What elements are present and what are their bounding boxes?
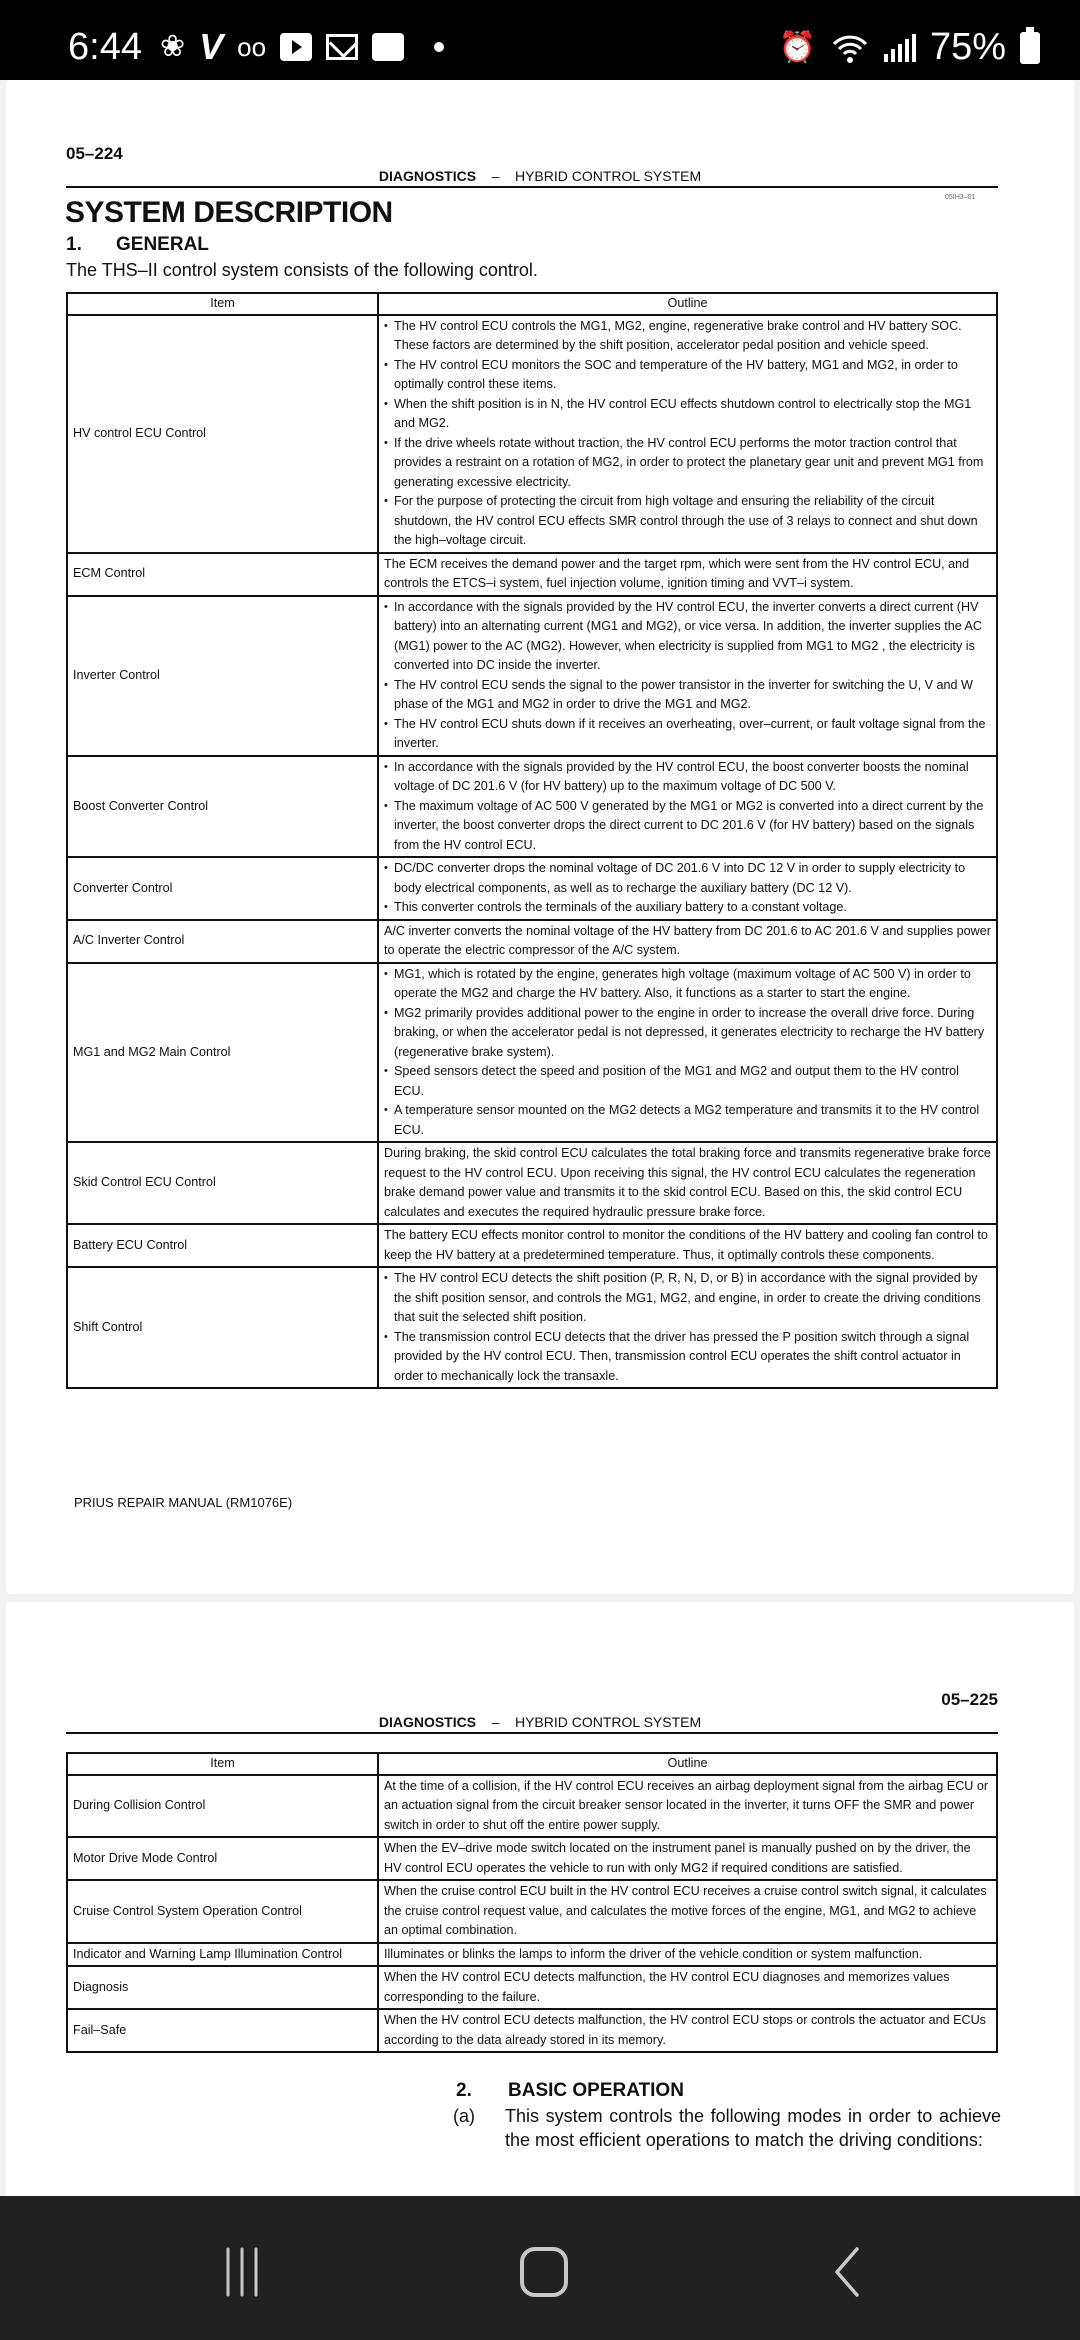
header-section: DIAGNOSTICS xyxy=(379,168,476,184)
section-title: BASIC OPERATION xyxy=(508,2080,684,2101)
header-rule xyxy=(66,1732,998,1734)
table-row: Skid Control ECU ControlDuring braking, … xyxy=(67,1142,997,1224)
row-item-label: Diagnosis xyxy=(67,1966,378,2009)
section-title: GENERAL xyxy=(116,234,209,255)
recent-apps-icon xyxy=(222,2247,262,2297)
row-outline: The HV control ECU detects the shift pos… xyxy=(378,1267,997,1388)
table-row: Motor Drive Mode ControlWhen the EV–driv… xyxy=(67,1837,997,1880)
row-outline: When the HV control ECU detects malfunct… xyxy=(378,1966,997,2009)
navigation-bar xyxy=(0,2196,1080,2340)
header-section: DIAGNOSTICS xyxy=(379,1714,476,1730)
document-page-2[interactable]: 05–225 DIAGNOSTICS – HYBRID CONTROL SYST… xyxy=(6,1602,1074,2202)
table-row: HV control ECU ControlThe HV control ECU… xyxy=(67,315,997,553)
row-item-label: Motor Drive Mode Control xyxy=(67,1837,378,1880)
table-row: Cruise Control System Operation ControlW… xyxy=(67,1880,997,1943)
row-item-label: ECM Control xyxy=(67,553,378,596)
outline-bullet: In accordance with the signals provided … xyxy=(384,598,991,676)
outline-bullet: If the drive wheels rotate without tract… xyxy=(384,434,991,493)
page-number: 05–224 xyxy=(66,144,123,164)
header-separator: – xyxy=(492,168,500,184)
manual-footer: PRIUS REPAIR MANUAL (RM1076E) xyxy=(74,1495,292,1510)
outline-bullet: In accordance with the signals provided … xyxy=(384,758,991,797)
signal-icon xyxy=(884,34,916,62)
intro-text: The THS–II control system consists of th… xyxy=(66,260,538,281)
row-item-label: Converter Control xyxy=(67,857,378,920)
status-bar: 6:44 ❀ V oo ⏰ 75% xyxy=(0,0,1080,80)
gallery-icon xyxy=(372,33,404,61)
control-table-continued: Item Outline During Collision ControlAt … xyxy=(66,1752,998,2053)
notification-icons: ❀ V oo xyxy=(160,30,444,64)
mail-icon xyxy=(326,34,358,60)
more-dot-icon xyxy=(434,42,444,52)
row-item-label: MG1 and MG2 Main Control xyxy=(67,963,378,1143)
row-outline: The battery ECU effects monitor control … xyxy=(378,1224,997,1267)
system-control-table: Item Outline HV control ECU ControlThe H… xyxy=(66,292,998,1389)
column-header-outline: Outline xyxy=(378,293,997,315)
table-row: DiagnosisWhen the HV control ECU detects… xyxy=(67,1966,997,2009)
alarm-icon: ⏰ xyxy=(779,31,816,65)
paragraph-a: (a) This system controls the following m… xyxy=(453,2104,1001,2152)
row-item-label: During Collision Control xyxy=(67,1775,378,1838)
row-item-label: HV control ECU Control xyxy=(67,315,378,553)
page-number: 05–225 xyxy=(941,1690,998,1710)
section-number: 2. xyxy=(456,2080,508,2102)
row-item-label: Fail–Safe xyxy=(67,2009,378,2052)
row-outline: During braking, the skid control ECU cal… xyxy=(378,1142,997,1224)
header-system: HYBRID CONTROL SYSTEM xyxy=(515,1714,701,1730)
row-outline: When the HV control ECU detects malfunct… xyxy=(378,2009,997,2052)
row-item-label: Shift Control xyxy=(67,1267,378,1388)
section-heading: 1.GENERAL xyxy=(66,234,209,256)
header-rule xyxy=(66,186,998,188)
table-row: A/C Inverter ControlA/C inverter convert… xyxy=(67,920,997,963)
back-icon xyxy=(831,2246,861,2298)
table-row: MG1 and MG2 Main ControlMG1, which is ro… xyxy=(67,963,997,1143)
column-header-outline: Outline xyxy=(378,1753,997,1775)
home-button[interactable] xyxy=(514,2244,574,2300)
table-row: Inverter ControlIn accordance with the s… xyxy=(67,596,997,756)
running-header: DIAGNOSTICS – HYBRID CONTROL SYSTEM xyxy=(6,168,1074,184)
outline-bullet: MG2 primarily provides additional power … xyxy=(384,1004,991,1063)
section-heading: 2.BASIC OPERATION xyxy=(453,2080,1001,2102)
outline-bullet: Speed sensors detect the speed and posit… xyxy=(384,1062,991,1101)
row-outline: MG1, which is rotated by the engine, gen… xyxy=(378,963,997,1143)
outline-bullet: When the shift position is in N, the HV … xyxy=(384,395,991,434)
running-header: DIAGNOSTICS – HYBRID CONTROL SYSTEM xyxy=(6,1714,1074,1730)
column-header-item: Item xyxy=(67,1753,378,1775)
wifi-icon xyxy=(830,32,870,64)
row-item-label: Inverter Control xyxy=(67,596,378,756)
column-header-item: Item xyxy=(67,293,378,315)
outline-bullet: The HV control ECU sends the signal to t… xyxy=(384,676,991,715)
row-item-label: A/C Inverter Control xyxy=(67,920,378,963)
row-item-label: Battery ECU Control xyxy=(67,1224,378,1267)
clock: 6:44 xyxy=(68,26,142,69)
row-item-label: Indicator and Warning Lamp Illumination … xyxy=(67,1943,378,1967)
table-row: Boost Converter ControlIn accordance wit… xyxy=(67,756,997,858)
verizon-v-icon: V xyxy=(199,30,223,64)
youtube-icon xyxy=(280,33,312,61)
battery-percent: 75% xyxy=(930,26,1006,69)
row-outline: Illuminates or blinks the lamps to infor… xyxy=(378,1943,997,1967)
row-outline: DC/DC converter drops the nominal voltag… xyxy=(378,857,997,920)
row-item-label: Boost Converter Control xyxy=(67,756,378,858)
row-item-label: Skid Control ECU Control xyxy=(67,1142,378,1224)
table-row: Fail–SafeWhen the HV control ECU detects… xyxy=(67,2009,997,2052)
table-row: Battery ECU ControlThe battery ECU effec… xyxy=(67,1224,997,1267)
row-outline: A/C inverter converts the nominal voltag… xyxy=(378,920,997,963)
header-system: HYBRID CONTROL SYSTEM xyxy=(515,168,701,184)
network-share-icon: ❀ xyxy=(160,30,185,64)
table-row: ECM ControlThe ECM receives the demand p… xyxy=(67,553,997,596)
row-outline: In accordance with the signals provided … xyxy=(378,756,997,858)
outline-bullet: The maximum voltage of AC 500 V generate… xyxy=(384,797,991,856)
paragraph-label: (a) xyxy=(453,2104,505,2152)
row-outline: When the EV–drive mode switch located on… xyxy=(378,1837,997,1880)
outline-bullet: This converter controls the terminals of… xyxy=(384,898,991,918)
outline-bullet: DC/DC converter drops the nominal voltag… xyxy=(384,859,991,898)
outline-bullet: The HV control ECU monitors the SOC and … xyxy=(384,356,991,395)
row-outline: The HV control ECU controls the MG1, MG2… xyxy=(378,315,997,553)
battery-icon xyxy=(1020,32,1040,64)
row-outline: When the cruise control ECU built in the… xyxy=(378,1880,997,1943)
table-row: Shift ControlThe HV control ECU detects … xyxy=(67,1267,997,1388)
outline-bullet: The HV control ECU controls the MG1, MG2… xyxy=(384,317,991,356)
table-row: Converter ControlDC/DC converter drops t… xyxy=(67,857,997,920)
outline-bullet: MG1, which is rotated by the engine, gen… xyxy=(384,965,991,1004)
doc-id: 05IH3–01 xyxy=(945,194,975,201)
page-title: SYSTEM DESCRIPTION xyxy=(65,196,393,230)
row-outline: At the time of a collision, if the HV co… xyxy=(378,1775,997,1838)
system-icons: ⏰ 75% xyxy=(779,26,1040,69)
voicemail-icon: oo xyxy=(237,30,266,64)
paragraph-text: This system controls the following modes… xyxy=(505,2104,1001,2152)
home-icon xyxy=(519,2246,569,2298)
outline-bullet: A temperature sensor mounted on the MG2 … xyxy=(384,1101,991,1140)
table-row: During Collision ControlAt the time of a… xyxy=(67,1775,997,1838)
document-page-1[interactable]: 05–224 DIAGNOSTICS – HYBRID CONTROL SYST… xyxy=(6,80,1074,1594)
row-item-label: Cruise Control System Operation Control xyxy=(67,1880,378,1943)
back-button[interactable] xyxy=(816,2244,876,2300)
row-outline: In accordance with the signals provided … xyxy=(378,596,997,756)
outline-bullet: For the purpose of protecting the circui… xyxy=(384,492,991,551)
header-separator: – xyxy=(492,1714,500,1730)
outline-bullet: The HV control ECU shuts down if it rece… xyxy=(384,715,991,754)
outline-bullet: The HV control ECU detects the shift pos… xyxy=(384,1269,991,1328)
section-number: 1. xyxy=(66,234,116,256)
recent-apps-button[interactable] xyxy=(212,2244,272,2300)
row-outline: The ECM receives the demand power and th… xyxy=(378,553,997,596)
basic-operation-section: 2.BASIC OPERATION (a) This system contro… xyxy=(453,2080,1001,2152)
table-row: Indicator and Warning Lamp Illumination … xyxy=(67,1943,997,1967)
outline-bullet: The transmission control ECU detects tha… xyxy=(384,1328,991,1387)
